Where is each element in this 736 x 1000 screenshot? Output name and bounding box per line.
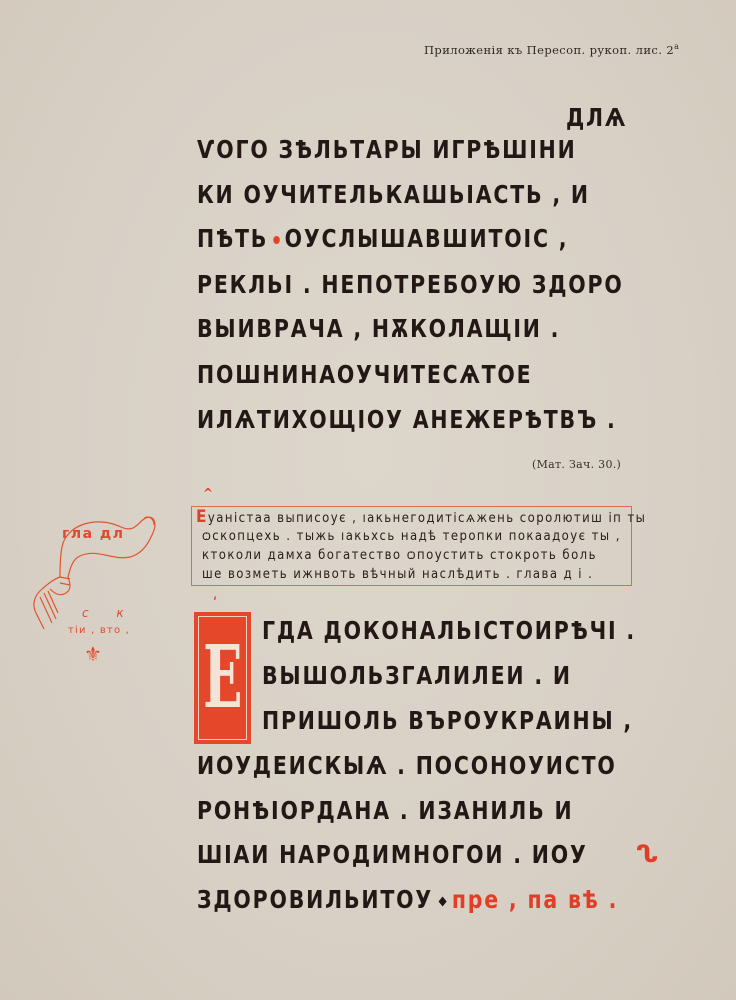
passage-1-line: РЕКЛЬІ . НЕПОТРЕБОУЮ ЗДОРО xyxy=(197,271,624,299)
passage-2-line: ИОУДЕИСКЫѦ . ПОСОНОУИСТО xyxy=(197,752,617,780)
banner-label: гла дл xyxy=(62,526,124,542)
line-text: ЗДОРОВИЛЬИТОУ xyxy=(197,885,433,914)
boxed-line: ѻскопцехь . тыжь ıакьхсь надѣ теропки по… xyxy=(202,527,621,546)
fleur-de-lis-icon: ⚜ xyxy=(84,642,102,666)
passage-2-line: ГДА ДОКОНАЛЬІСТОИРѢЧІ . xyxy=(262,617,636,645)
passage-1-line: ПѢТЬОУСЛЫШАВШИТОІС , xyxy=(197,225,568,253)
line-text: ОУСЛЫШАВШИТОІС , xyxy=(285,224,569,253)
passage-1-line: КИ ОУЧИТЕЛЬКАШЬІАСТЬ , И xyxy=(197,181,590,209)
red-dot-icon xyxy=(273,236,280,244)
margin-note-line: тіи , вто , xyxy=(68,625,130,636)
line-text: ПѢТЬ xyxy=(197,224,268,253)
red-initial: Е xyxy=(196,507,208,527)
passage-2-line: ШІАИ НАРОДИМНОГОИ . ИОУ xyxy=(197,841,588,869)
passage-2-line: ВЫШОЛЬЗГАЛИЛЕИ . И xyxy=(262,662,572,690)
rubric-text: пре , па вѣ . xyxy=(452,885,618,914)
running-header: Приложенія къ Пересоп. рукоп. лис. 2а xyxy=(424,42,679,57)
illuminated-initial: Е xyxy=(194,612,251,744)
passage-2-line: РОНѢІОРДАНА . ИЗАНИЛЬ И xyxy=(197,797,573,825)
running-title: Приложенія къ Пересоп. рукоп. лис. 2 xyxy=(424,43,674,57)
passage-1-line: ѴОГО ЗѢЛЬТАРЫ ИГРѢШІНИ xyxy=(197,136,577,164)
line-text: уаністаа выписоує , ıакьнегодитісѧжень с… xyxy=(208,511,646,526)
boxed-line: Еуаністаа выписоує , ıакьнегодитісѧжень … xyxy=(196,508,646,528)
manuscript-page: Приложенія къ Пересоп. рукоп. лис. 2а ДЛ… xyxy=(0,0,736,1000)
boxed-line: ктоколи дамха богатество ѻпоустить стокр… xyxy=(202,546,597,565)
passage-2-line: ЗДОРОВИЛЬИТОУпре , па вѣ . xyxy=(197,886,618,914)
scripture-citation: (Мат. Зач. 30.) xyxy=(532,458,621,471)
margin-note-line: с к xyxy=(82,606,136,620)
folio-suffix: а xyxy=(674,42,679,51)
boxed-line: ше возметь ижнвоть вѣчный наслѣдить . гл… xyxy=(202,565,593,584)
passage-1-line: ДЛѦ xyxy=(566,104,627,132)
initial-letter: Е xyxy=(203,635,242,721)
passage-2-line: ПРИШОЛЬ ВЪРОУКРАИНЫ , xyxy=(262,707,633,735)
rubric-accent-mark: ᔐ xyxy=(636,840,658,868)
rubric-accent-mark: ^ xyxy=(203,486,213,500)
passage-1-line: ВЫИВРАЧА , НѪКОЛАЩІИ . xyxy=(197,315,560,343)
dropcap-accent-mark: ʹ xyxy=(213,596,217,612)
initial-frame: Е xyxy=(198,616,247,740)
diamond-separator-icon xyxy=(438,896,446,906)
passage-1-line: ИЛѦТИХОЩІОУ АНЕЖЕРѢТВЪ . xyxy=(197,406,617,434)
passage-1-line: ПОШНИНАОУЧИТЕСѦТОЕ xyxy=(197,361,532,389)
